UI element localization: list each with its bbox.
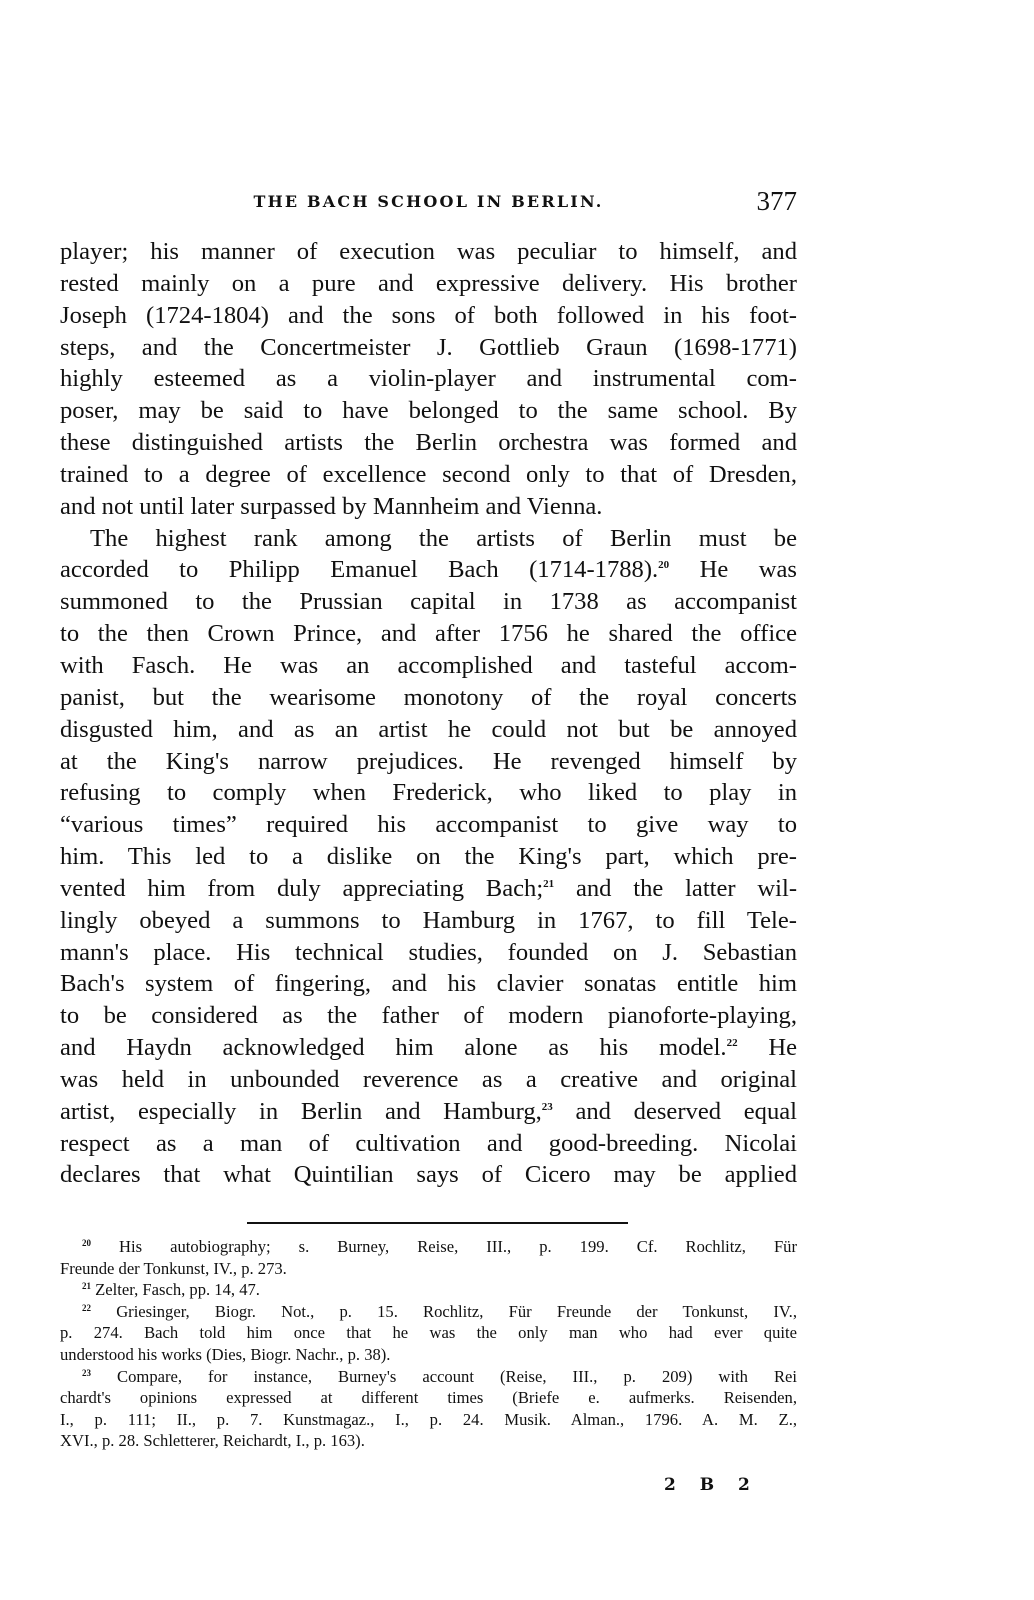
text-fragment: and deserved equal: [575, 1098, 797, 1125]
text-line: trained to a degree of excellence second…: [60, 459, 797, 491]
text-line: The highest rank among the artists of Be…: [60, 523, 797, 555]
footnote-marker: 23: [82, 1368, 91, 1378]
footnote-ref-20[interactable]: 20: [658, 559, 669, 571]
text-line: declares that what Quintilian says of Ci…: [60, 1159, 797, 1191]
text-line: artist, especially in Berlin and Hamburg…: [60, 1096, 797, 1128]
footnote-line: understood his works (Dies, Biogr. Nachr…: [60, 1344, 797, 1366]
text-line: Bach's system of fingering, and his clav…: [60, 968, 797, 1000]
text-line: and not until later surpassed by Mannhei…: [60, 491, 797, 523]
text-line: highly esteemed as a violin-player and i…: [60, 363, 797, 395]
footnote-line: Freunde der Tonkunst, IV., p. 273.: [60, 1258, 797, 1280]
text-line: to the then Crown Prince, and after 1756…: [60, 618, 797, 650]
footnote-marker: 20: [82, 1238, 91, 1248]
footnote-21: 21 Zelter, Fasch, pp. 14, 47.: [60, 1279, 797, 1301]
footnote-marker: 21: [82, 1281, 91, 1291]
text-line: him. This led to a dislike on the King's…: [60, 841, 797, 873]
text-fragment: and the latter wil-: [576, 875, 797, 902]
text-line: Joseph (1724-1804) and the sons of both …: [60, 300, 797, 332]
footnote-23: 23 Compare, for instance, Burney's accou…: [60, 1366, 797, 1388]
text-fragment: accorded to Philipp Emanuel Bach (1714-1…: [60, 556, 658, 583]
footnote-marker: 22: [82, 1303, 91, 1313]
running-title: THE BACH SCHOOL IN BERLIN.: [60, 192, 797, 211]
text-line: rested mainly on a pure and expressive d…: [60, 268, 797, 300]
printer-signature: 2 B 2: [664, 1475, 759, 1495]
footnote-22: 22 Griesinger, Biogr. Not., p. 15. Rochl…: [60, 1301, 797, 1323]
book-page: THE BACH SCHOOL IN BERLIN. 377 player; h…: [0, 0, 1034, 1600]
text-line: and Haydn acknowledged him alone as his …: [60, 1032, 797, 1064]
footnote-text: Compare, for instance, Burney's account …: [117, 1367, 797, 1386]
footnote-text: His autobiography; s. Burney, Reise, III…: [119, 1237, 797, 1256]
text-line: player; his manner of execution was pecu…: [60, 236, 797, 268]
text-line: accorded to Philipp Emanuel Bach (1714-1…: [60, 554, 797, 586]
page-number: 377: [757, 186, 798, 217]
footnote-text: Griesinger, Biogr. Not., p. 15. Rochlitz…: [116, 1302, 797, 1321]
text-line: with Fasch. He was an accomplished and t…: [60, 650, 797, 682]
footnotes: 20 His autobiography; s. Burney, Reise, …: [60, 1236, 797, 1452]
running-head: THE BACH SCHOOL IN BERLIN. 377: [60, 188, 797, 218]
text-fragment: artist, especially in Berlin and Hamburg…: [60, 1098, 542, 1125]
footnote-ref-23[interactable]: 23: [542, 1101, 553, 1113]
text-line: poser, may be said to have belonged to t…: [60, 395, 797, 427]
footnote-text: Zelter, Fasch, pp. 14, 47.: [95, 1280, 260, 1299]
text-line: lingly obeyed a summons to Hamburg in 17…: [60, 905, 797, 937]
footnote-line: XVI., p. 28. Schletterer, Reichardt, I.,…: [60, 1430, 797, 1452]
text-fragment: He: [768, 1034, 797, 1061]
text-fragment: and Haydn acknowledged him alone as his …: [60, 1034, 727, 1061]
footnote-ref-21[interactable]: 21: [543, 878, 554, 890]
text-line: was held in unbounded reverence as a cre…: [60, 1064, 797, 1096]
text-line: disgusted him, and as an artist he could…: [60, 714, 797, 746]
text-line: mann's place. His technical studies, fou…: [60, 937, 797, 969]
text-fragment: vented him from duly appreciating Bach;: [60, 875, 543, 902]
footnote-line: chardt's opinions expressed at different…: [60, 1387, 797, 1409]
body-text: player; his manner of execution was pecu…: [60, 236, 797, 1191]
text-line: summoned to the Prussian capital in 1738…: [60, 586, 797, 618]
text-line: steps, and the Concertmeister J. Gottlie…: [60, 332, 797, 364]
text-line: refusing to comply when Frederick, who l…: [60, 777, 797, 809]
text-line: at the King's narrow prejudices. He reve…: [60, 746, 797, 778]
text-line: “various times” required his accompanist…: [60, 809, 797, 841]
footnote-ref-22[interactable]: 22: [727, 1037, 738, 1049]
footnote-divider: [247, 1222, 628, 1224]
text-fragment: He was: [700, 556, 797, 583]
text-line: vented him from duly appreciating Bach;2…: [60, 873, 797, 905]
text-line: respect as a man of cultivation and good…: [60, 1128, 797, 1160]
footnote-line: p. 274. Bach told him once that he was t…: [60, 1322, 797, 1344]
text-line: panist, but the wearisome monotony of th…: [60, 682, 797, 714]
footnote-line: I., p. 111; II., p. 7. Kunstmagaz., I., …: [60, 1409, 797, 1431]
footnote-20: 20 His autobiography; s. Burney, Reise, …: [60, 1236, 797, 1258]
text-line: to be considered as the father of modern…: [60, 1000, 797, 1032]
text-line: these distinguished artists the Berlin o…: [60, 427, 797, 459]
